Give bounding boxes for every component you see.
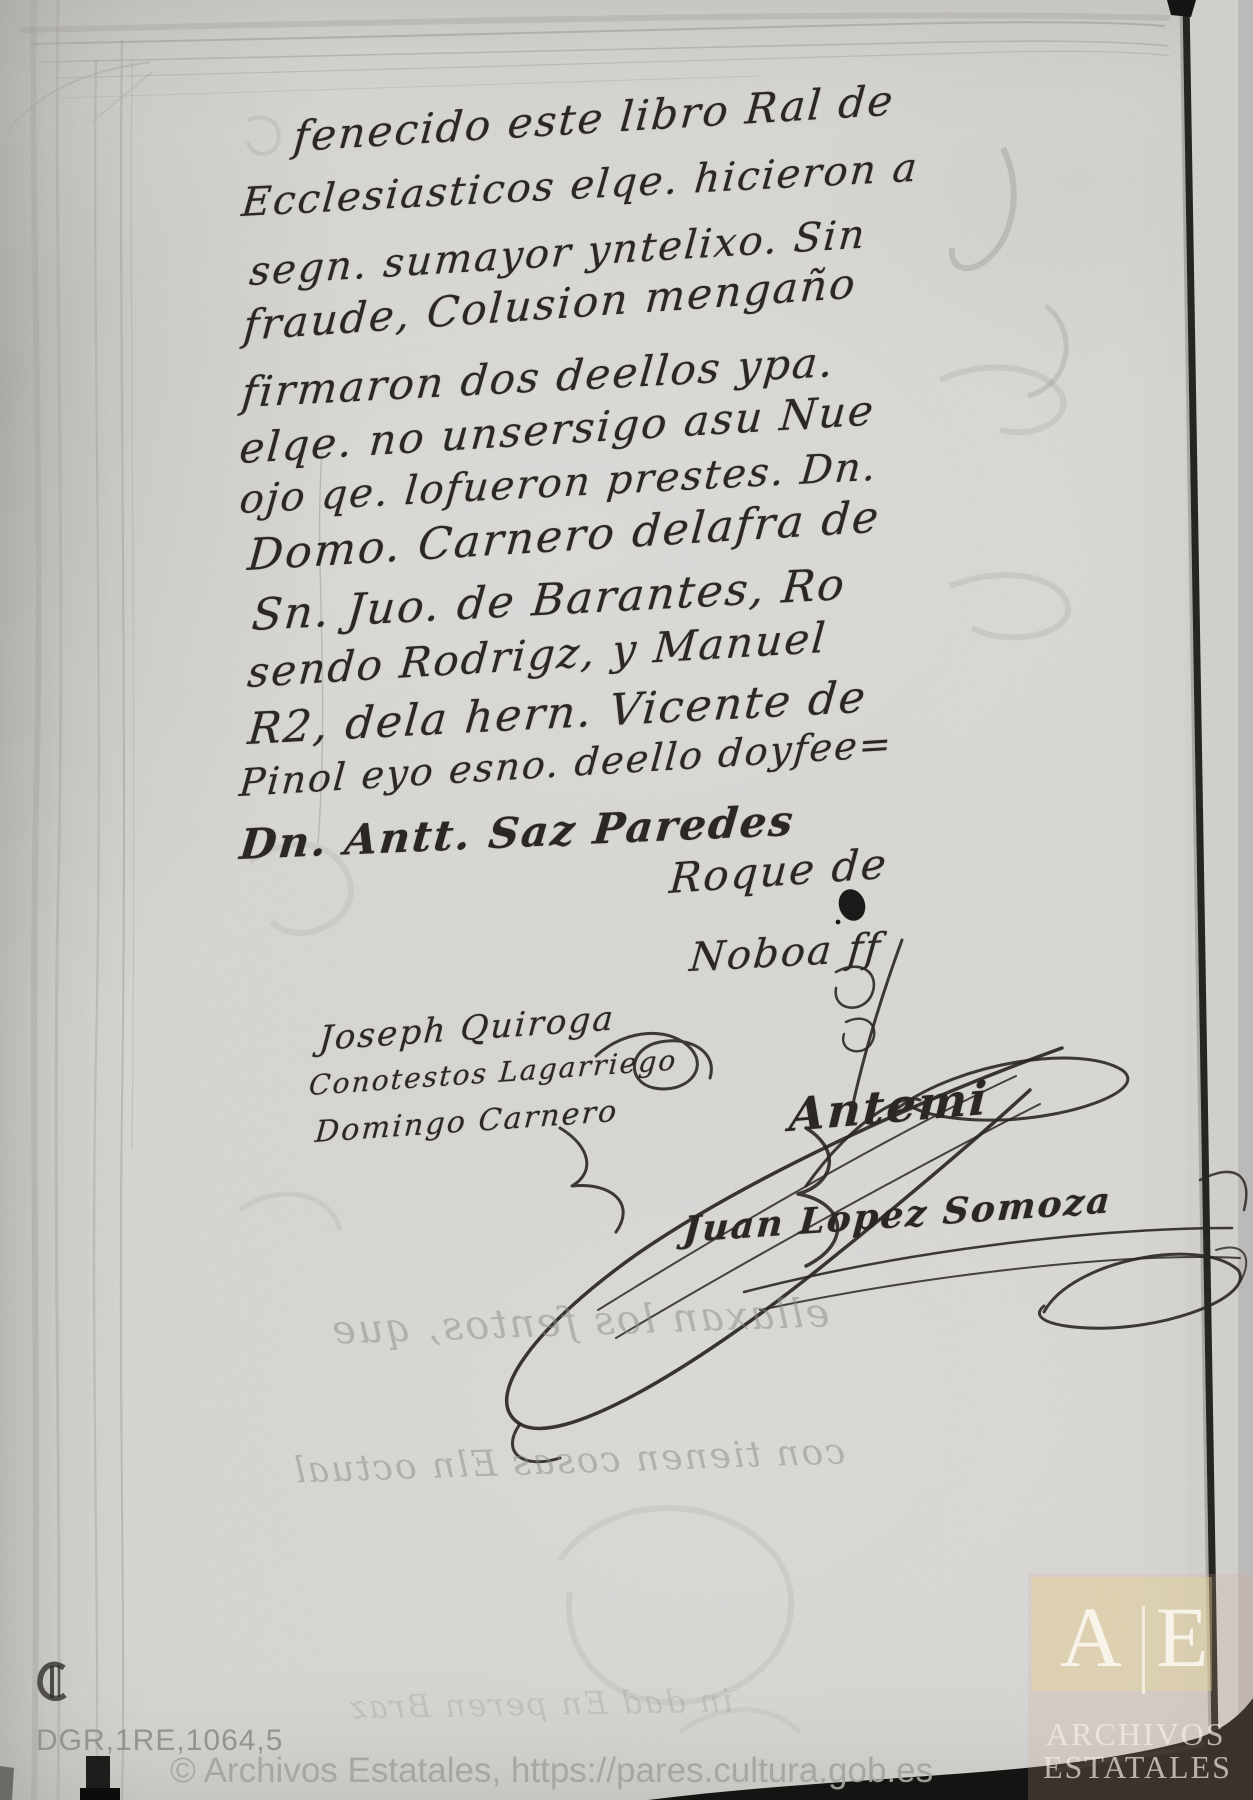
logo-word-archivos: ARCHIVOS	[1046, 1718, 1226, 1750]
adjacent-page-shading	[1238, 0, 1253, 1800]
logo-divider-line	[1142, 1606, 1145, 1694]
logo-word-estatales: ESTATALES	[1043, 1751, 1232, 1783]
manuscript-scan-page: ellaxan los fentos, que con tienen cosas…	[0, 0, 1253, 1800]
bleedthrough-line: in dad En peren Braz	[348, 1685, 733, 1724]
logo-letter-e: E	[1156, 1594, 1209, 1680]
logo-letter-a: A	[1060, 1594, 1122, 1680]
copyright-watermark: © Archivos Estatales, https://pares.cult…	[170, 1753, 933, 1788]
archivos-estatales-logo: A E ARCHIVOS ESTATALES	[1028, 1574, 1253, 1800]
top-right-notch	[1167, 0, 1196, 17]
signature-noboa: Noboa ff	[688, 928, 884, 978]
